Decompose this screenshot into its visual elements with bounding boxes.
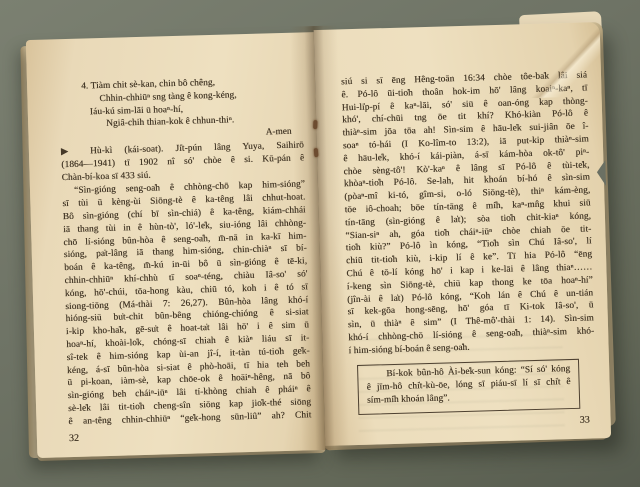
page-number-right: 33 xyxy=(351,414,590,432)
left-page-content: 4. Tiàm chit sè-kan, chin bô chêng,Chhin… xyxy=(26,32,326,458)
quote-box-text: Bí-kok bûn-hô Ài-be̍k-sun kóng: “Sí só' … xyxy=(366,363,571,409)
right-page: siú si sī ēng Hêng-toān 16:34 chòe tôe-b… xyxy=(314,22,612,446)
right-page-content: siú si sī ēng Hêng-toān 16:34 chòe tôe-b… xyxy=(314,22,612,446)
staple-icon xyxy=(313,120,317,129)
quote-box: Bí-kok bûn-hô Ài-be̍k-sun kóng: “Sí só' … xyxy=(357,358,580,414)
open-book: 4. Tiàm chit sè-kan, chin bô chêng,Chhin… xyxy=(21,12,617,460)
photo-background: 4. Tiàm chit sè-kan, chin bô chêng,Chhin… xyxy=(0,0,640,487)
body-paragraph-left: “Sìn-gióng seng-oa̍h ê chhòng-chō kap hi… xyxy=(62,179,312,429)
left-page: 4. Tiàm chit sè-kan, chin bô chêng,Chhin… xyxy=(26,32,326,458)
hymn-verse: 4. Tiàm chit sè-kan, chin bô chêng,Chhin… xyxy=(59,74,303,132)
body-paragraph-right: siú si sī ēng Hêng-toān 16:34 chòe tôe-b… xyxy=(341,69,595,357)
staple-icon xyxy=(314,148,319,157)
page-number-left: 32 xyxy=(69,426,312,444)
annotation-block: ▶ Hù-kì (kái-soat). Ji̍t-pún lâng Yuya, … xyxy=(61,139,305,184)
